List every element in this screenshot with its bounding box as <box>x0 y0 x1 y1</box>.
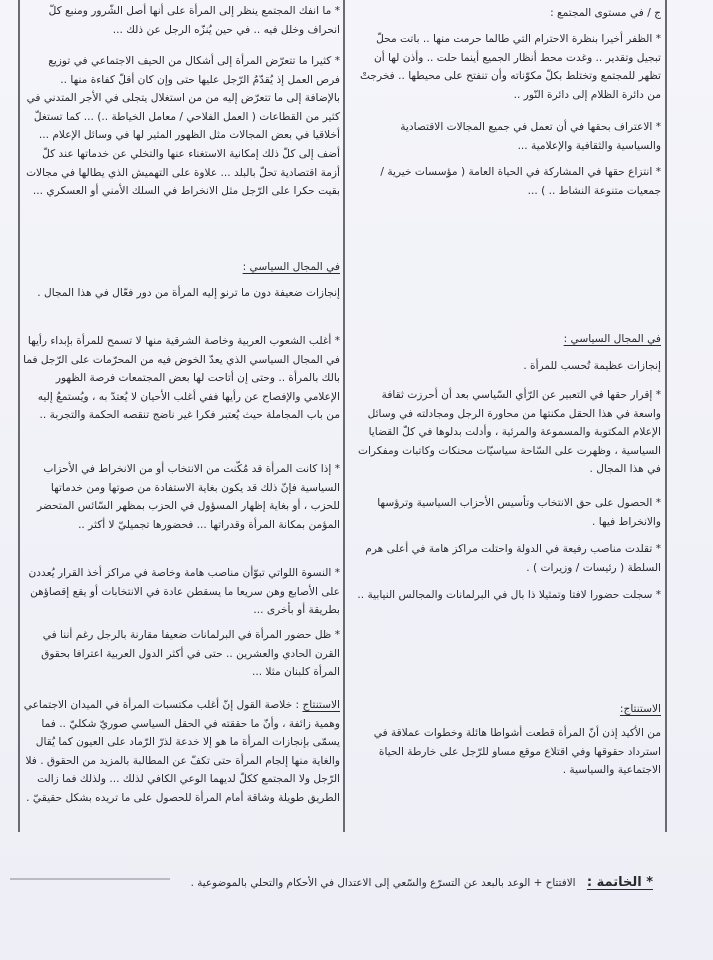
right-border-line <box>665 0 667 832</box>
political-item: * سجلت حضورا لافتا وتمثيلا ذا بال في الب… <box>356 586 661 605</box>
conclusion-text: من الأكيد إذن أنّ المرأة قطعت أشواطا هائ… <box>356 724 661 780</box>
bottom-rule <box>10 878 170 880</box>
center-divider-line <box>343 0 345 832</box>
left-border-line <box>18 0 20 832</box>
political-item: * تقلدت مناصب رفيعة في الدولة واحتلت مرا… <box>356 540 661 577</box>
conclusion-text: : خلاصة القول إنّ أغلب مكتسبات المرأة في… <box>24 699 340 804</box>
political-item: * الحصول على حق الانتخاب وتأسيس الأحزاب … <box>356 494 661 531</box>
political-item: * النسوة اللواتي تبوّأن مناصب هامة وخاصة… <box>22 564 340 620</box>
society-item: * ما انفك المجتمع ينظر إلى المرأة على أن… <box>22 2 340 39</box>
conclusion-heading: الاستنتاج <box>302 699 340 711</box>
society-item: * الاعتراف بحقها في أن تعمل في جميع المج… <box>356 118 661 155</box>
left-column: * ما انفك المجتمع ينظر إلى المرأة على أن… <box>22 0 340 832</box>
conclusion-heading: الاستنتاج: <box>356 700 661 719</box>
political-heading: في المجال السياسي : <box>22 258 340 277</box>
political-heading: في المجال السياسي : <box>356 330 661 349</box>
society-item: * كثيرا ما تتعرّض المرأة إلى أشكال من ال… <box>22 52 340 201</box>
political-intro: إنجازات ضعيفة دون ما ترنو إليه المرأة من… <box>22 284 340 303</box>
society-item: * انتزاع حقها في المشاركة في الحياة العا… <box>356 163 661 200</box>
political-item: * إذا كانت المرأة قد مُكّنت من الانتخاب … <box>22 460 340 534</box>
political-item: * إقرار حقها في التعبير عن الرّأي السّيا… <box>356 386 661 479</box>
conclusion-paragraph: الاستنتاج : خلاصة القول إنّ أغلب مكتسبات… <box>22 696 340 808</box>
political-item: * أغلب الشعوب العربية وخاصة الشرقية منها… <box>22 332 340 425</box>
closing-section: * الخاتمة : الافتتاح + الوعد بالبعد عن ا… <box>160 875 653 890</box>
political-item: * ظل حضور المرأة في البرلمانات ضعيفا مقا… <box>22 626 340 682</box>
closing-text: الافتتاح + الوعد بالبعد عن التسرّع والسّ… <box>191 877 576 889</box>
document-page: ج / في مستوى المجتمع : * الظفر أخيرا بنظ… <box>0 0 713 960</box>
political-intro: إنجازات عظيمة تُحسب للمرأة . <box>356 357 661 376</box>
closing-title: * الخاتمة : <box>587 875 653 890</box>
society-item: * الظفر أخيرا بنظرة الاحترام التي طالما … <box>356 30 661 104</box>
society-heading: ج / في مستوى المجتمع : <box>356 4 661 23</box>
right-column: ج / في مستوى المجتمع : * الظفر أخيرا بنظ… <box>356 0 661 832</box>
